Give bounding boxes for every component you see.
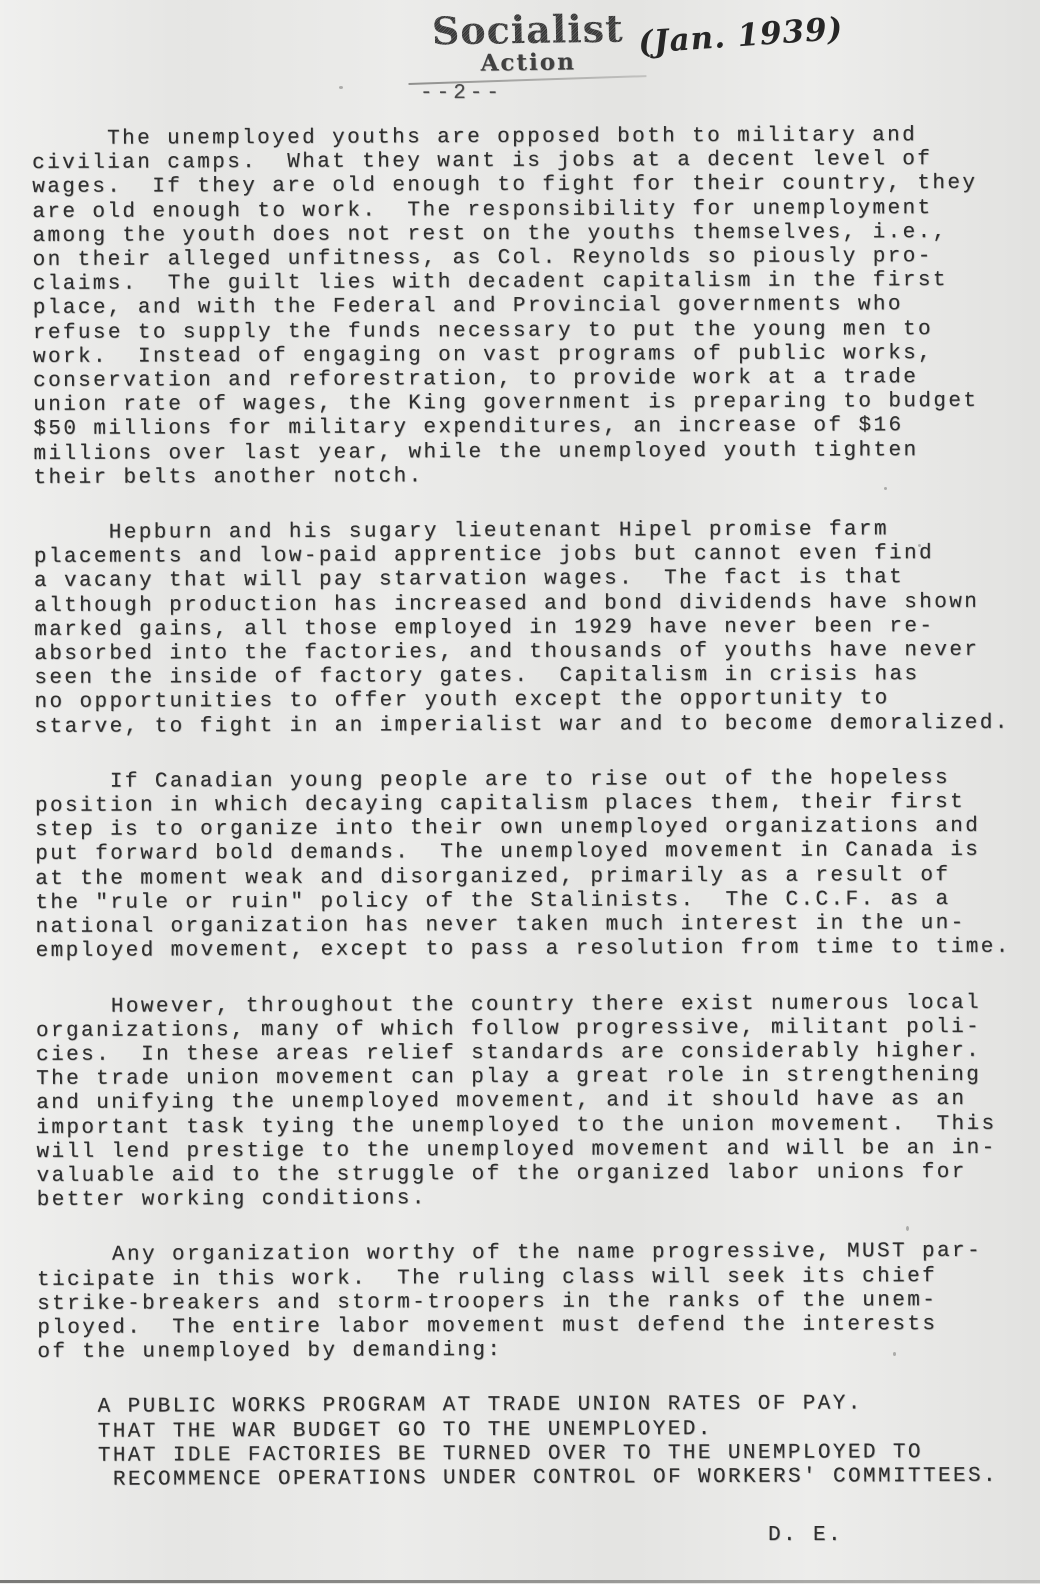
publication-subtitle: Action xyxy=(408,49,648,76)
scanned-document-page: Socialist Action (Jan. 1939) --2-- The u… xyxy=(0,0,1040,1584)
scan-speck xyxy=(893,1352,896,1356)
scan-speck xyxy=(339,86,343,89)
demands-list: A PUBLIC WORKS PROGRAM AT TRADE UNION RA… xyxy=(38,1392,1040,1493)
paragraph-hepburn-hipel: Hepburn and his sugary lieutenant Hipel … xyxy=(34,518,1040,740)
scan-speck xyxy=(884,487,887,490)
scan-bottom-edge-shadow xyxy=(0,1580,1040,1583)
page-number: --2-- xyxy=(420,82,503,105)
publication-title: Socialist xyxy=(408,8,649,51)
author-initials: D. E. xyxy=(768,1524,843,1548)
document-body: The unemployed youths are opposed both t… xyxy=(32,124,1040,1494)
masthead: Socialist Action xyxy=(408,8,649,82)
paragraph-canadian-young-people: If Canadian young people are to rise out… xyxy=(35,766,1040,964)
scan-speck xyxy=(918,544,921,547)
paragraph-local-organizations: However, throughout the country there ex… xyxy=(36,991,1040,1213)
scan-speck xyxy=(906,1226,909,1231)
handwritten-date-annotation: (Jan. 1939) xyxy=(637,11,845,61)
paragraph-unemployed-youths: The unemployed youths are opposed both t… xyxy=(32,124,1040,491)
paragraph-progressive-organizations: Any organization worthy of the name prog… xyxy=(37,1240,1040,1365)
